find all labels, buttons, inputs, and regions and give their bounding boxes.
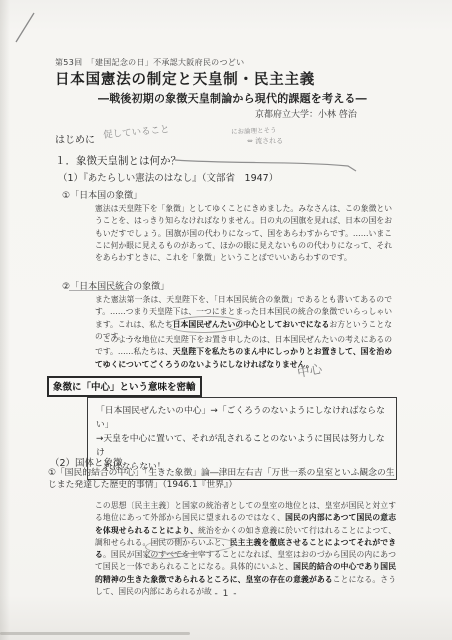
author-affiliation: 京都府立大学：小林 啓治 bbox=[255, 107, 357, 120]
pencil-mark-top-left bbox=[16, 13, 34, 42]
summary-line-1: 「日本国民ぜんたいの中心」→「ごくろうのないようにしなければならない」 bbox=[96, 404, 388, 432]
tsuda-quote-paragraph: この思想〔民主主義〕と国家の統治者としての皇室の地位とは、皇室が国民と対立する地… bbox=[95, 500, 396, 598]
scanned-document-page: 第53回 「建国記念の日」不承認大阪府民のつどい 日本国憲法の制定と天皇制・民主… bbox=[0, 0, 452, 640]
pencil-underline-item2 bbox=[69, 290, 129, 291]
document-subtitle: ―戦後初期の象徴天皇制論から現代的課題を考える― bbox=[98, 90, 367, 106]
handwritten-note-2: にお論理とそう bbox=[231, 125, 277, 136]
intro-heading: はじめに bbox=[55, 131, 95, 146]
handwritten-note-1: 促していること bbox=[103, 121, 170, 141]
section1-heading: １．象徴天皇制とは何か？ bbox=[55, 153, 181, 168]
emphasis-box-heading: 象徴に「中心」という意味を密輸 bbox=[47, 376, 202, 397]
subsection1-1-heading: （1）『あたらしい憲法のはなし』（文部省 1947） bbox=[58, 170, 278, 184]
quote-paragraph-3: このような地位に天皇陛下をお置き申したのは、日本国民ぜんたいの考えにあるのです。… bbox=[95, 334, 392, 371]
scan-edge-shadow-left bbox=[0, 0, 10, 640]
item1-heading: ①「日本国の象徴」 bbox=[62, 188, 142, 201]
scan-edge-shadow-bottom bbox=[0, 632, 190, 635]
tsuda-item-heading: ①「国民的結合の中心」「生きた象徴」論―津田左右吉「万世一系の皇室といふ観念の生… bbox=[48, 468, 400, 491]
event-title-line: 第53回 「建国記念の日」不承認大阪府民のつどい bbox=[55, 57, 244, 68]
handwritten-note-3: ⇔ 流される bbox=[247, 136, 283, 146]
quote-paragraph-1: 憲法は天皇陛下を「象徴」としてゆくことにきめました。みなさんは、この象徴というこ… bbox=[95, 203, 392, 264]
handwritten-chushin-note: 中心 bbox=[296, 359, 324, 381]
document-title: 日本国憲法の制定と天皇制・民主主義 bbox=[55, 68, 315, 89]
summary-line-2: →天皇を中心に置いて、それが乱されることのないように国民は努力しなけ bbox=[96, 432, 388, 460]
subsection1-2-heading: （2）国体と象徴 bbox=[50, 455, 123, 469]
page-number: - 1 - bbox=[0, 589, 452, 599]
